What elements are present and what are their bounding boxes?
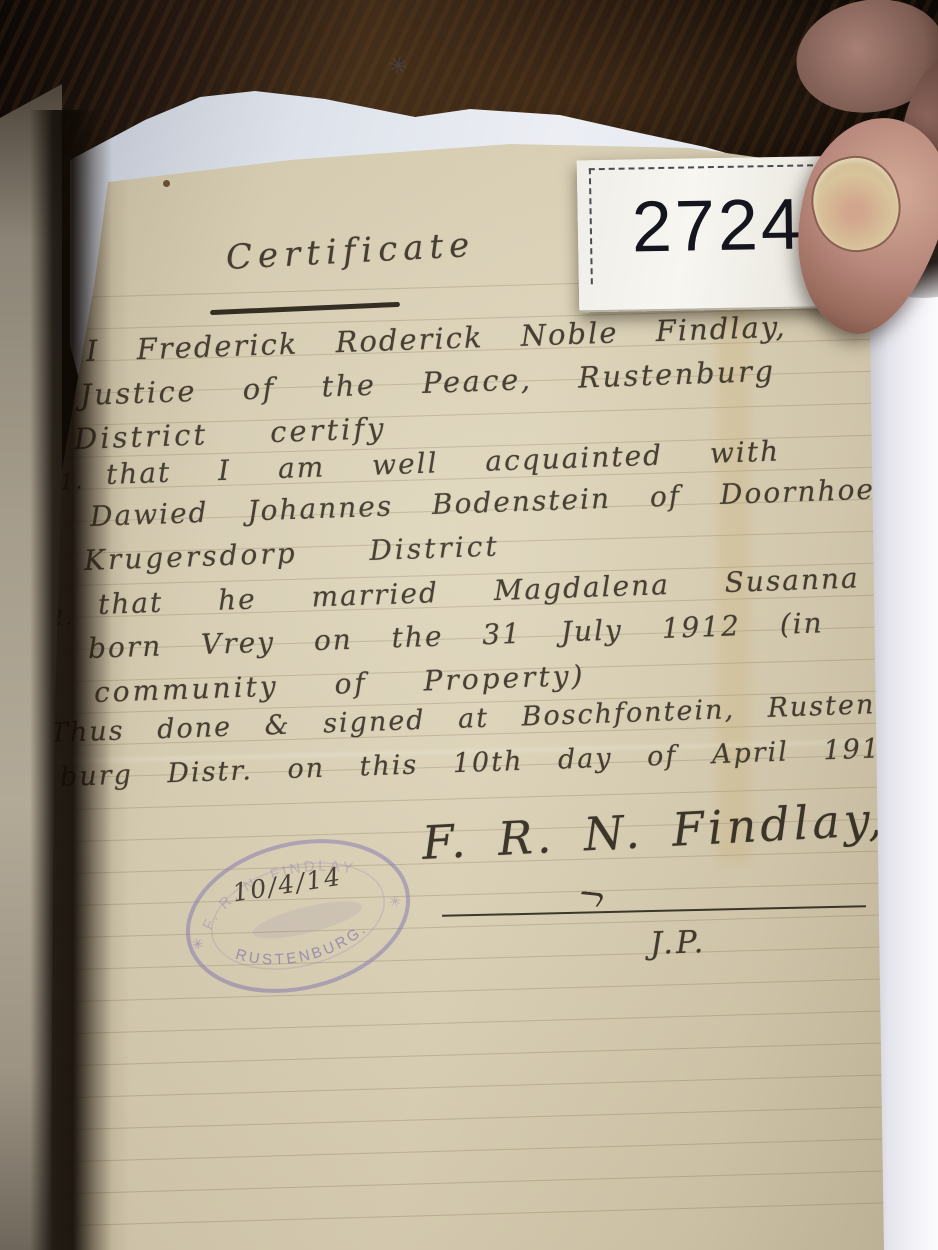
ruled-line xyxy=(38,1168,938,1195)
signature-jp: J.P. xyxy=(649,924,707,962)
ruled-line xyxy=(38,1104,938,1131)
stamp-star-right: ✳ xyxy=(388,893,403,911)
stamp-star-left: ✳ xyxy=(190,936,205,954)
ruled-line xyxy=(38,976,938,1003)
ruled-line xyxy=(38,912,938,939)
ruled-line xyxy=(38,1072,938,1099)
ruled-line xyxy=(38,1040,938,1067)
ruled-line xyxy=(38,1136,938,1163)
ruled-line xyxy=(38,1008,938,1035)
margin-number-1: 1. xyxy=(60,469,85,494)
ruled-line xyxy=(38,1200,938,1227)
ruled-line xyxy=(38,944,938,971)
photo-of-certificate-page: ✳ Certificate I Frederick Roderick Noble… xyxy=(0,0,938,1250)
pinhole-dot xyxy=(163,180,170,187)
